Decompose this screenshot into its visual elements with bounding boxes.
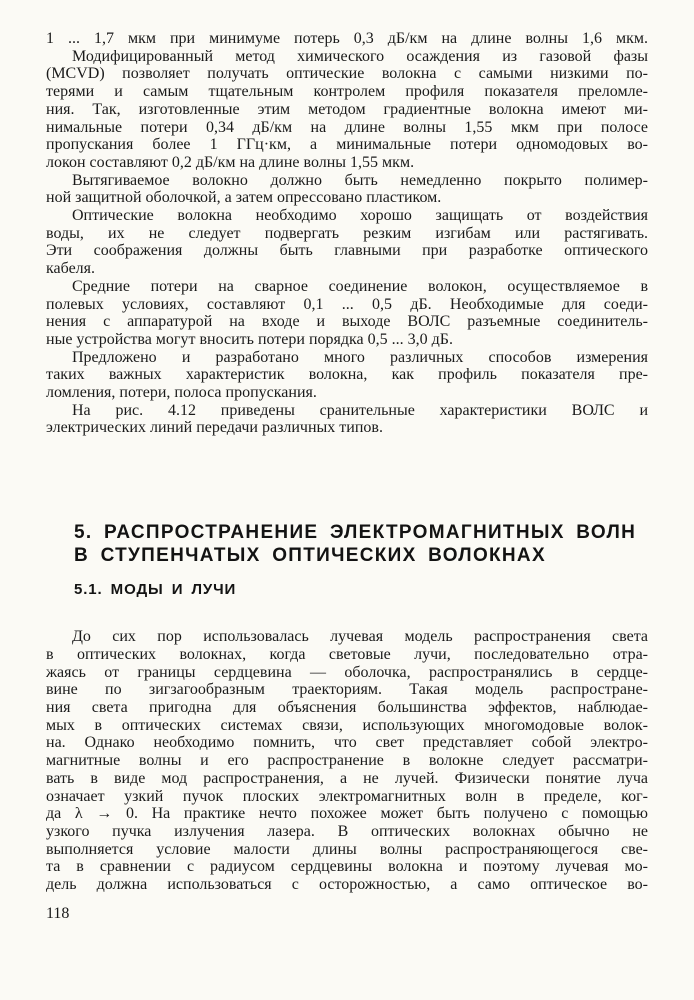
text-line: жаясь от границы сердцевина — оболочка, … xyxy=(46,664,648,682)
section-heading: 5. РАСПРОСТРАНЕНИЕ ЭЛЕКТРОМАГНИТНЫХ ВОЛН… xyxy=(74,521,648,567)
text-line: воды, их не следует подвергать резким из… xyxy=(46,225,648,243)
text-line: пропускания более 1 ГГц·км, а минимальны… xyxy=(46,136,648,154)
text-line: в оптических волокнах, когда световые лу… xyxy=(46,646,648,664)
text-line: Предложено и разработано много различных… xyxy=(46,349,648,367)
paragraph: Предложено и разработано много различных… xyxy=(46,349,648,402)
book-page: 1 ... 1,7 мкм при минимуме потерь 0,3 дБ… xyxy=(0,0,694,1000)
heading-line: В СТУПЕНЧАТЫХ ОПТИЧЕСКИХ ВОЛОКНАХ xyxy=(74,544,648,567)
text-line: вать в виде мод распространения, а не лу… xyxy=(46,770,648,788)
text-line: полевых условиях, составляют 0,1 ... 0,5… xyxy=(46,296,648,314)
heading-line: 5. РАСПРОСТРАНЕНИЕ ЭЛЕКТРОМАГНИТНЫХ ВОЛН xyxy=(74,521,648,544)
text-line: да λ → 0. На практике нечто похожее може… xyxy=(46,805,648,823)
text-line: мых в оптических системах связи, использ… xyxy=(46,717,648,735)
text-line: на. Однако необходимо помнить, что свет … xyxy=(46,734,648,752)
text-line: Эти соображения должны быть главными при… xyxy=(46,242,648,260)
text-line: 1 ... 1,7 мкм при минимуме потерь 0,3 дБ… xyxy=(46,30,648,48)
text-line: локон составляют 0,2 дБ/км на длине волн… xyxy=(46,154,648,172)
text-line: До сих пор использовалась лучевая модель… xyxy=(46,628,648,646)
text-line: ломления, потери, полоса пропускания. xyxy=(46,384,648,402)
paragraph: До сих пор использовалась лучевая модель… xyxy=(46,628,648,894)
paragraph: Средние потери на сварное соединение вол… xyxy=(46,278,648,349)
paragraph: Вытягиваемое волокно должно быть немедле… xyxy=(46,172,648,207)
text-line: ные устройства могут вносить потери поря… xyxy=(46,331,648,349)
text-line: Средние потери на сварное соединение вол… xyxy=(46,278,648,296)
text-line: вине по зигзагообразным траекториям. Так… xyxy=(46,681,648,699)
section-subheading: 5.1. МОДЫ И ЛУЧИ xyxy=(74,581,648,599)
text-line: Вытягиваемое волокно должно быть немедле… xyxy=(46,172,648,190)
text-line: Оптические волокна необходимо хорошо защ… xyxy=(46,207,648,225)
text-line: ной защитной оболочкой, а затем опрессов… xyxy=(46,189,648,207)
text-line: ния света пригодна для объяснения больши… xyxy=(46,699,648,717)
text-line: ния. Так, изготовленные этим методом гра… xyxy=(46,101,648,119)
paragraph: На рис. 4.12 приведены сранительные хара… xyxy=(46,402,648,437)
text-line: та в сравнении с радиусом сердцевины вол… xyxy=(46,858,648,876)
paragraph: 1 ... 1,7 мкм при минимуме потерь 0,3 дБ… xyxy=(46,30,648,48)
page-number: 118 xyxy=(46,905,69,923)
text-line: Модифицированный метод химического осажд… xyxy=(46,48,648,66)
text-line: магнитные волны и его распространение в … xyxy=(46,752,648,770)
text-line: На рис. 4.12 приведены сранительные хара… xyxy=(46,402,648,420)
text-line: нимальные потери 0,34 дБ/км на длине вол… xyxy=(46,119,648,137)
paragraph: Модифицированный метод химического осажд… xyxy=(46,48,648,172)
text-line: таких важных характеристик волокна, как … xyxy=(46,366,648,384)
text-line: нения с аппаратурой на входе и выходе ВО… xyxy=(46,313,648,331)
text-line: дель должна использоваться с осторожност… xyxy=(46,876,648,894)
text-line: терями и самым тщательным контролем проф… xyxy=(46,83,648,101)
text-line: выполняется условие малости длины волны … xyxy=(46,841,648,859)
text-column: 1 ... 1,7 мкм при минимуме потерь 0,3 дБ… xyxy=(46,30,648,894)
subheading-line: 5.1. МОДЫ И ЛУЧИ xyxy=(74,581,648,599)
text-line: электрических линий передачи различных т… xyxy=(46,419,648,437)
text-line: (MCVD) позволяет получать оптические вол… xyxy=(46,65,648,83)
paragraph: Оптические волокна необходимо хорошо защ… xyxy=(46,207,648,278)
text-line: узкого пучка излучения лазера. В оптичес… xyxy=(46,823,648,841)
text-line: означает узкий пучок плоских электромагн… xyxy=(46,788,648,806)
text-line: кабеля. xyxy=(46,260,648,278)
